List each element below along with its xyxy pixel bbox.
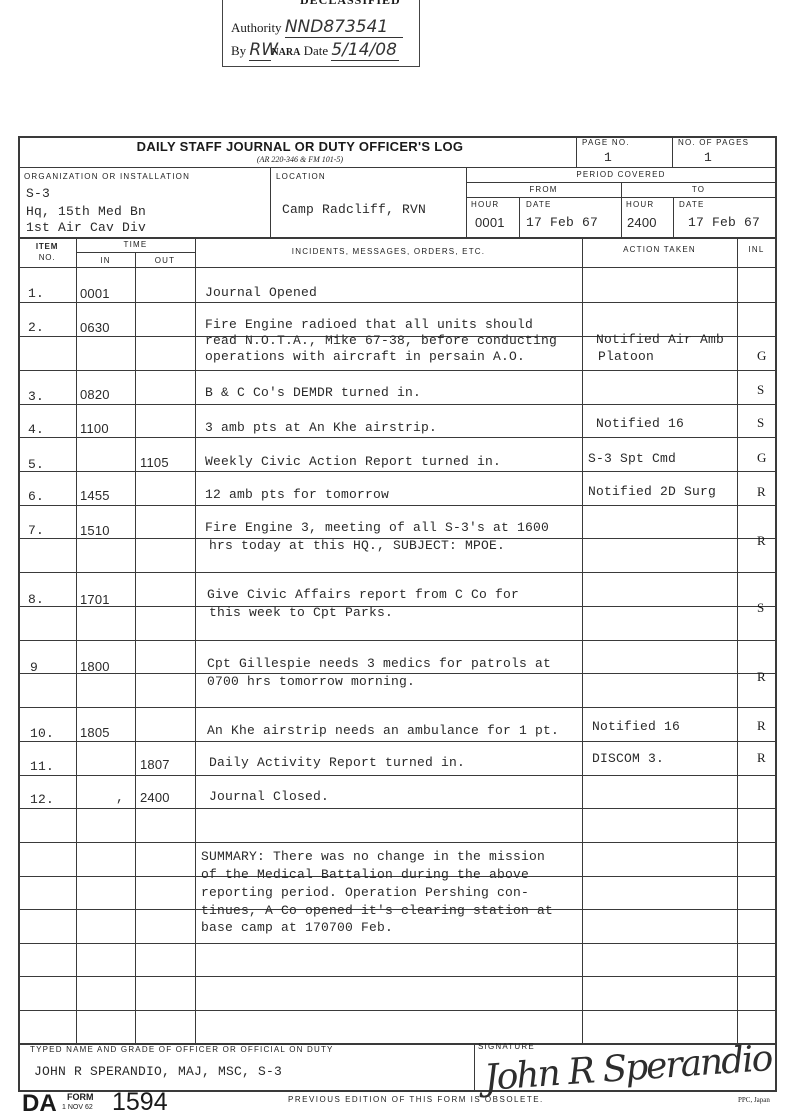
entry-text: Weekly Civic Action Report turned in. xyxy=(205,454,501,469)
org-line-3: 1st Air Cav Div xyxy=(26,220,146,235)
summary-line: SUMMARY: There was no change in the miss… xyxy=(201,849,545,864)
page-no-label: PAGE NO. xyxy=(582,138,630,147)
col-time-label: TIME xyxy=(76,240,195,249)
entry-item-no: 8. xyxy=(28,592,44,607)
entry-action-line: Notified Air Amb xyxy=(596,332,724,347)
form-prefix: DA xyxy=(22,1090,57,1114)
row-line xyxy=(18,808,777,809)
no-of-pages-label: NO. OF PAGES xyxy=(678,138,749,147)
entry-item-no: 10. xyxy=(30,726,54,741)
row-line xyxy=(18,1010,777,1011)
from-label: FROM xyxy=(466,185,621,194)
officer-label: TYPED NAME AND GRADE OF OFFICER OR OFFIC… xyxy=(30,1045,334,1054)
form-title: DAILY STAFF JOURNAL OR DUTY OFFICER'S LO… xyxy=(18,139,582,154)
col-in-label: IN xyxy=(76,256,135,265)
divider xyxy=(519,197,520,237)
page-no-value: 1 xyxy=(604,150,612,165)
stamp-title: DECLASSIFIED xyxy=(300,0,401,8)
summary-line: base camp at 170700 Feb. xyxy=(201,920,393,935)
from-date-label: DATE xyxy=(526,200,552,209)
row-line xyxy=(18,775,777,776)
edition-note: PREVIOUS EDITION OF THIS FORM IS OBSOLET… xyxy=(288,1095,544,1104)
printer-mark: PPC, Japan xyxy=(738,1096,770,1104)
frame-right xyxy=(775,136,777,1091)
entry-item-no: 3. xyxy=(28,389,44,404)
row-line xyxy=(18,437,777,438)
period-covered-label: PERIOD COVERED xyxy=(466,170,776,179)
entry-action: S-3 Spt Cmd xyxy=(588,451,676,466)
stamp-agency: NARA xyxy=(271,47,300,58)
entry-time-in: 1100 xyxy=(80,421,109,436)
signature-label: SIGNATURE xyxy=(478,1042,535,1051)
entry-item-no: 12. xyxy=(30,792,54,807)
officer-name: JOHN R SPERANDIO, MAJ, MSC, S-3 xyxy=(34,1064,282,1079)
entry-action: Notified 2D Surg xyxy=(588,484,716,499)
entry-text: An Khe airstrip needs an ambulance for 1… xyxy=(207,723,559,738)
entry-item-no: 6. xyxy=(28,489,44,504)
entry-inl: G xyxy=(757,348,766,364)
stamp-authority-value: NND873541 xyxy=(285,17,403,38)
divider xyxy=(18,167,777,168)
col-incidents-label: INCIDENTS, MESSAGES, ORDERS, ETC. xyxy=(195,247,582,256)
entry-inl: R xyxy=(757,750,766,766)
from-hour-value: 0001 xyxy=(475,215,505,230)
row-line xyxy=(18,606,777,607)
entry-time-in: 0001 xyxy=(80,286,110,301)
from-date-value: 17 Feb 67 xyxy=(526,215,598,230)
divider xyxy=(673,197,674,237)
entry-action: Notified 16 xyxy=(596,416,684,431)
summary-line: tinues, A Co opened it's clearing statio… xyxy=(201,903,553,918)
row-line xyxy=(18,404,777,405)
to-date-label: DATE xyxy=(679,200,705,209)
form-word: FORM xyxy=(67,1092,94,1102)
summary-line: reporting period. Operation Pershing con… xyxy=(201,885,529,900)
entry-item-no: 11. xyxy=(30,759,54,774)
row-line xyxy=(18,471,777,472)
entry-time-in: , xyxy=(116,790,124,805)
form-date: 1 NOV 62 xyxy=(62,1104,93,1111)
org-line-2: Hq, 15th Med Bn xyxy=(26,204,146,219)
entry-text: Daily Activity Report turned in. xyxy=(209,755,465,770)
entry-item-no: 1. xyxy=(28,286,44,301)
stamp-by-row: By RWNARA Date 5/14/08 xyxy=(231,40,399,61)
col-inl-label: INL xyxy=(737,245,776,254)
entry-inl: S xyxy=(757,382,764,398)
entry-item-no: 7. xyxy=(28,523,44,538)
entry-text-line: read N.O.T.A., Mike 67-38, before conduc… xyxy=(205,333,557,348)
form-number: 1594 xyxy=(112,1088,168,1114)
frame-left xyxy=(18,136,20,1091)
stamp-by-initials: RW xyxy=(249,40,271,61)
no-of-pages-value: 1 xyxy=(704,150,712,165)
location-label: LOCATION xyxy=(276,172,326,181)
entry-item-no: 9 xyxy=(30,660,38,675)
row-line xyxy=(18,943,777,944)
entry-inl: S xyxy=(757,600,764,616)
col-item-label-2: NO. xyxy=(18,253,76,262)
location-value: Camp Radcliff, RVN xyxy=(282,202,426,217)
entry-text-line: Give Civic Affairs report from C Co for xyxy=(207,587,519,602)
from-hour-label: HOUR xyxy=(471,200,499,209)
to-hour-label: HOUR xyxy=(626,200,654,209)
row-line xyxy=(18,842,777,843)
stamp-date-value: 5/14/08 xyxy=(331,40,399,61)
entry-text: Journal Opened xyxy=(205,285,317,300)
divider xyxy=(18,267,777,268)
entry-time-in: 1800 xyxy=(80,659,110,674)
divider xyxy=(672,136,673,167)
row-line xyxy=(18,640,777,641)
row-line xyxy=(18,976,777,977)
org-line-1: S-3 xyxy=(26,186,50,201)
entry-time-out: 1105 xyxy=(140,455,169,470)
entry-time-in: 0820 xyxy=(80,387,110,402)
entry-text-line: this week to Cpt Parks. xyxy=(209,605,393,620)
entry-item-no: 4. xyxy=(28,422,44,437)
entry-text: B & C Co's DEMDR turned in. xyxy=(205,385,421,400)
entry-inl: R xyxy=(757,533,766,549)
summary-line: of the Medical Battalion during the abov… xyxy=(201,867,529,882)
col-item-label-1: ITEM xyxy=(18,242,76,251)
col-out-label: OUT xyxy=(135,256,195,265)
entry-text-line: Fire Engine 3, meeting of all S-3's at 1… xyxy=(205,520,549,535)
to-date-value: 17 Feb 67 xyxy=(688,215,760,230)
entry-text-line: Fire Engine radioed that all units shoul… xyxy=(205,317,533,332)
entry-text-line: 0700 hrs tomorrow morning. xyxy=(207,674,415,689)
entry-action: Notified 16 xyxy=(592,719,680,734)
row-line xyxy=(18,302,777,303)
row-line xyxy=(18,572,777,573)
entry-action: DISCOM 3. xyxy=(592,751,664,766)
entry-text-line: Cpt Gillespie needs 3 medics for patrols… xyxy=(207,656,551,671)
entry-time-in: 1701 xyxy=(80,592,110,607)
row-line xyxy=(18,370,777,371)
entry-time-in: 0630 xyxy=(80,320,110,335)
entry-time-in: 1510 xyxy=(80,523,110,538)
org-label: ORGANIZATION OR INSTALLATION xyxy=(24,172,190,181)
entry-text: 3 amb pts at An Khe airstrip. xyxy=(205,420,437,435)
entry-inl: R xyxy=(757,484,766,500)
stamp-authority-label: Authority xyxy=(231,20,282,35)
stamp-date-label: Date xyxy=(304,43,329,58)
row-line xyxy=(18,505,777,506)
stamp-authority-row: Authority NND873541 xyxy=(231,17,403,38)
entry-time-out: 1807 xyxy=(140,757,170,772)
entry-time-in: 1805 xyxy=(80,725,110,740)
entry-inl: S xyxy=(757,415,764,431)
entry-time-in: 1455 xyxy=(80,488,110,503)
entry-time-out: 2400 xyxy=(140,790,170,805)
entry-inl: R xyxy=(757,718,766,734)
entry-text: Journal Closed. xyxy=(209,789,329,804)
entry-text-line: operations with aircraft in persain A.O. xyxy=(205,349,525,364)
entry-item-no: 2. xyxy=(28,320,44,335)
stamp-by-label: By xyxy=(231,43,246,58)
divider xyxy=(18,237,777,239)
frame-top xyxy=(18,136,777,138)
entry-text-line: hrs today at this HQ., SUBJECT: MPOE. xyxy=(209,538,505,553)
entry-item-no: 5. xyxy=(28,457,44,472)
form-subtitle: (AR 220-346 & FM 101-5) xyxy=(18,155,582,164)
entry-text: 12 amb pts for tomorrow xyxy=(205,487,389,502)
to-label: TO xyxy=(621,185,776,194)
divider xyxy=(270,167,271,237)
entry-inl: G xyxy=(757,450,766,466)
entry-action-line: Platoon xyxy=(598,349,654,364)
row-line xyxy=(18,707,777,708)
to-hour-value: 2400 xyxy=(627,215,657,230)
row-line xyxy=(18,741,777,742)
col-action-label: ACTION TAKEN xyxy=(582,245,737,254)
divider xyxy=(474,1043,475,1090)
entry-inl: R xyxy=(757,669,766,685)
